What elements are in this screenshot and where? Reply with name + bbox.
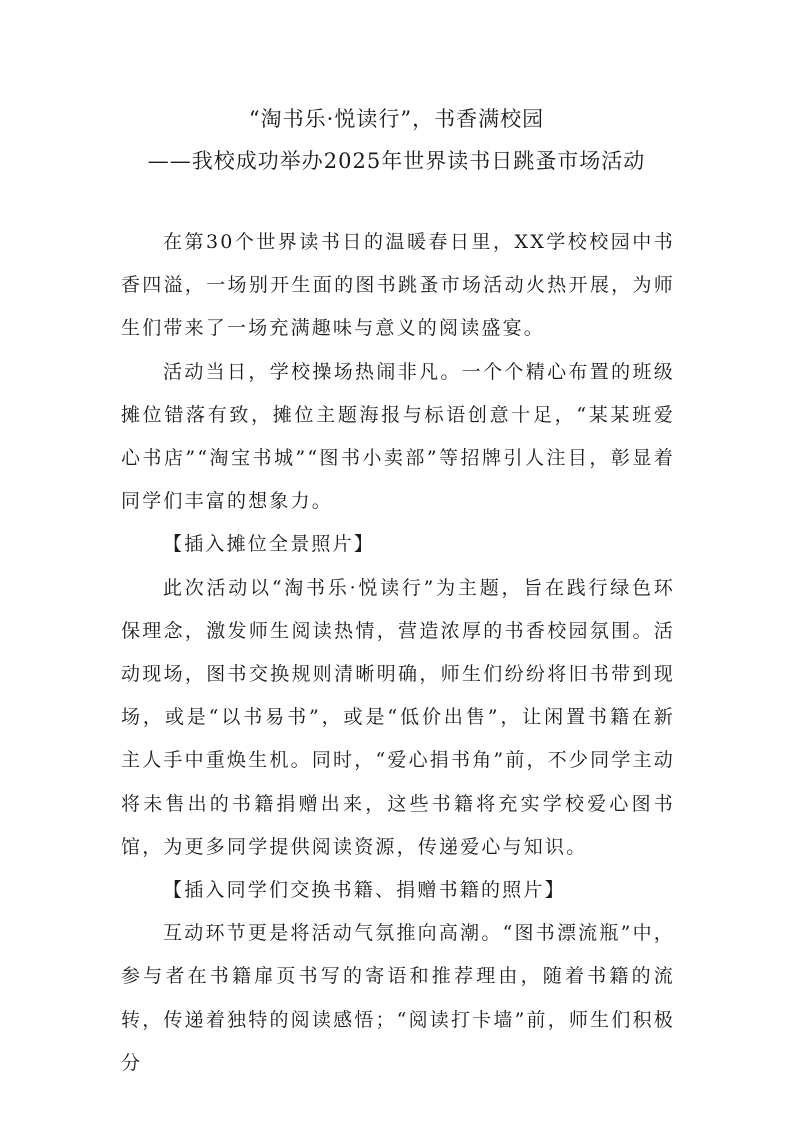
paragraph-activity-day: 活动当日，学校操场热闹非凡。一个个精心布置的班级摊位错落有致，摊位主题海报与标语… bbox=[121, 351, 675, 524]
body-text: 在第30个世界读书日的温暖春日里，XX学校校园中书香四溢，一场别开生面的图书跳蚤… bbox=[121, 221, 675, 1085]
subtitle: ——我校成功举办2025年世界读书日跳蚤市场活动 bbox=[0, 140, 793, 182]
main-title: “淘书乐·悦读行”，书香满校园 bbox=[0, 98, 793, 140]
title-block: “淘书乐·悦读行”，书香满校园 ——我校成功举办2025年世界读书日跳蚤市场活动 bbox=[0, 98, 793, 182]
photo-placeholder-exchange: 【插入同学们交换书籍、捐赠书籍的照片】 bbox=[121, 869, 675, 912]
document-page: “淘书乐·悦读行”，书香满校园 ——我校成功举办2025年世界读书日跳蚤市场活动… bbox=[0, 0, 793, 1122]
paragraph-intro: 在第30个世界读书日的温暖春日里，XX学校校园中书香四溢，一场别开生面的图书跳蚤… bbox=[121, 221, 675, 351]
paragraph-theme: 此次活动以“淘书乐·悦读行”为主题，旨在践行绿色环保理念，激发师生阅读热情，营造… bbox=[121, 567, 675, 869]
paragraph-interaction: 互动环节更是将活动气氛推向高潮。“图书漂流瓶”中，参与者在书籍扉页书写的寄语和推… bbox=[121, 912, 675, 1085]
photo-placeholder-stalls: 【插入摊位全景照片】 bbox=[121, 523, 675, 566]
